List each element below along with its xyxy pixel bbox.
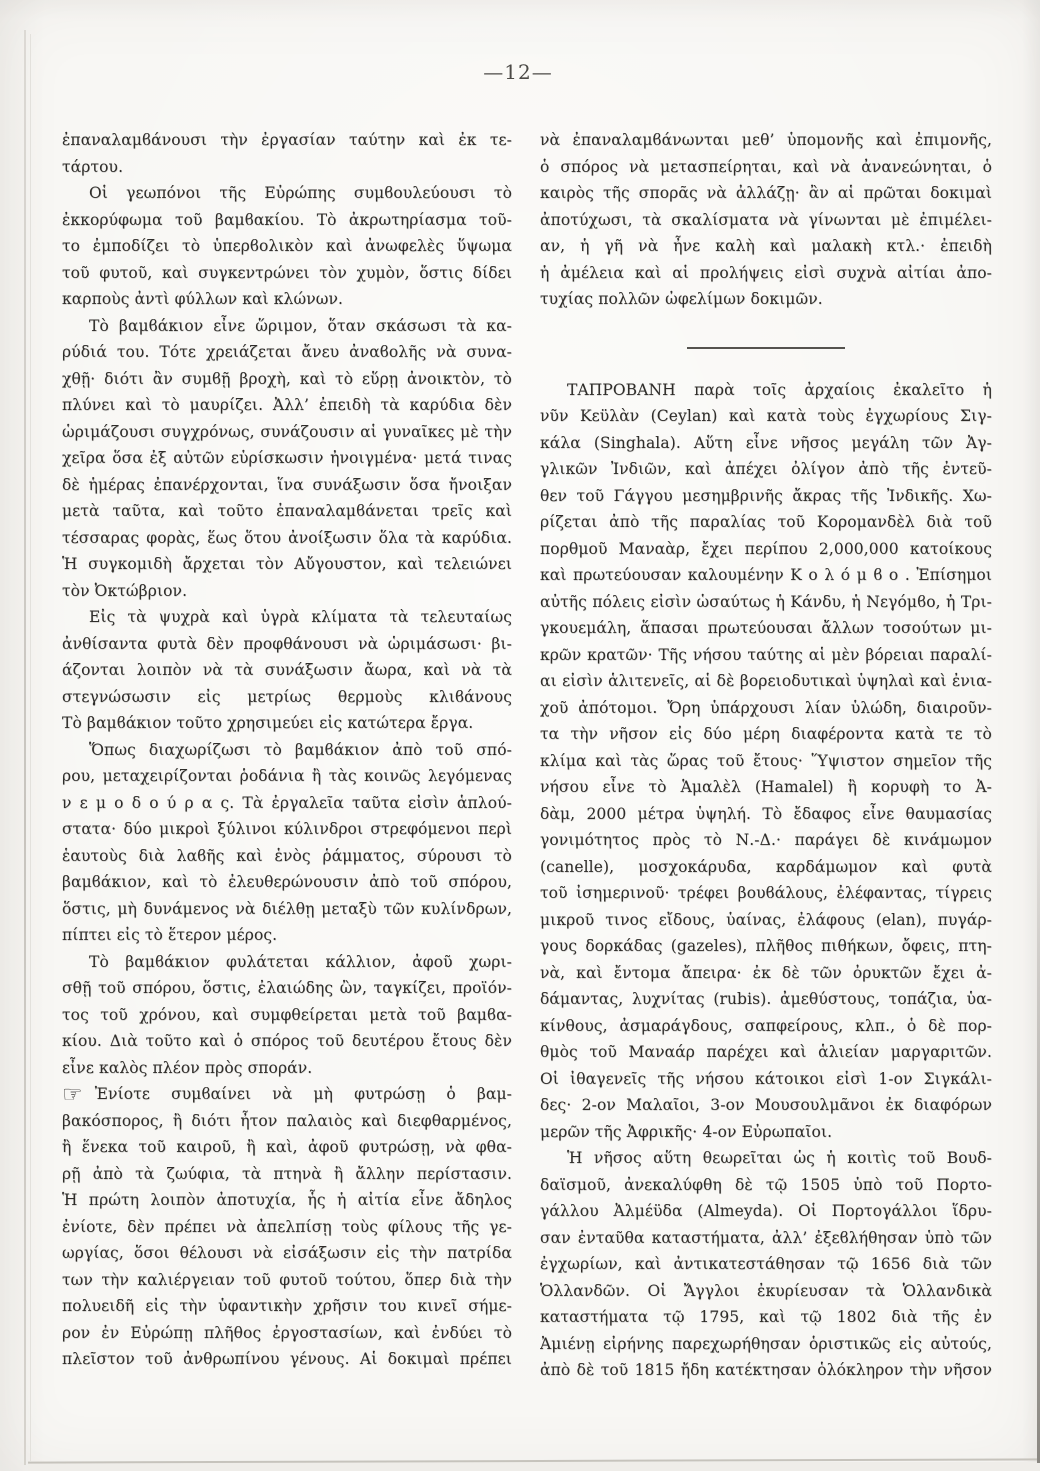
text-line: κίου. Διὰ τοῦτο καὶ ὁ σπόρος τοῦ δευτέρο… xyxy=(62,1028,512,1055)
text-line: ρῇ ἀπὸ τὰ ζωύφια, τὰ πτηνὰ ἢ ἄλλην περίσ… xyxy=(62,1161,512,1188)
text-line: ρου, μεταχειρίζονται ῥοδάνια ἢ τὰς κοινῶ… xyxy=(62,763,512,790)
text-line: δὰμ, 2000 μέτρα ὑψηλή. Τὸ ἔδαφος εἶνε θα… xyxy=(540,801,992,828)
text-line: μετὰ ταῦτα, καὶ τοῦτο ἐπαναλαμϐάνεται τρ… xyxy=(62,498,512,525)
text-line: ἐπαναλαμϐάνουσι τὴν ἐργασίαν ταύτην καὶ … xyxy=(62,127,512,154)
text-line: ☞Ἐνίοτε συμϐαίνει νὰ μὴ φυτρώσῃ ὁ βαμ- xyxy=(62,1081,512,1108)
text-line: Τὸ βαμϐάκιον φυλάτεται κάλλιον, ἀφοῦ χωρ… xyxy=(62,949,512,976)
text-line: (canelle), μοσχοκάρυδα, καρδάμωμον καὶ φ… xyxy=(540,854,992,881)
paragraph: νὰ ἐπαναλαμϐάνωνται μεθ’ ὑπομονῆς καὶ ἐπ… xyxy=(540,127,992,313)
text-line: Ὁλλανδῶν. Οἱ Ἄγγλοι ἐκυρίευσαν τὰ Ὁλλανδ… xyxy=(540,1278,992,1305)
text-line: νήσου εἶνε τὸ Ἁμαλὲλ (Hamalel) ἢ κορυφὴ … xyxy=(540,774,992,801)
text-line: Τὸ βαμϐάκιον τοῦτο χρησιμεύει εἰς κατώτε… xyxy=(62,710,512,737)
text-line: άζονται λοιπὸν νὰ τὰ συνάξωσιν ἄωρα, καὶ… xyxy=(62,657,512,684)
paragraph: Οἱ γεωπόνοι τῆς Εὐρώπης συμϐουλεύουσι τὸ… xyxy=(62,180,512,313)
text-line: μικροῦ τινος εἴδους, ὑαίνας, ἐλάφους (el… xyxy=(540,907,992,934)
text-line: αι εἰσὶν ἁλιτενεῖς, αἱ δὲ βορειοδυτικαὶ … xyxy=(540,668,992,695)
text-line: κάλα (Singhala). Αὕτη εἶνε νῆσος μεγάλη … xyxy=(540,430,992,457)
paragraph: Εἰς τὰ ψυχρὰ καὶ ὑγρὰ κλίματα τὰ τελευτα… xyxy=(62,604,512,737)
text-line: βαμϐάκιον, καὶ τὸ ἐλευθερώνουσιν ἀπὸ τοῦ… xyxy=(62,869,512,896)
text-line: νὰ ἐπαναλαμϐάνωνται μεθ’ ὑπομονῆς καὶ ἐπ… xyxy=(540,127,992,154)
text-line: Οἱ γεωπόνοι τῆς Εὐρώπης συμϐουλεύουσι τὸ xyxy=(62,180,512,207)
paragraph: Τὸ βαμϐάκιον εἶνε ὥριμον, ὅταν σκάσωσι τ… xyxy=(62,313,512,605)
text-line: δαϊσμοῦ, ἀνεκαλύφθη δὲ τῷ 1505 ὑπὸ τοῦ Π… xyxy=(540,1172,992,1199)
page-left-edge xyxy=(24,30,26,1465)
text-line: Ὅπως διαχωρίζωσι τὸ βαμϐάκιον ἀπὸ τοῦ σπ… xyxy=(62,737,512,764)
text-line: νὰ, καὶ ἔντομα ἄπειρα· ἐκ δὲ τῶν ὀρυκτῶν… xyxy=(540,960,992,987)
text-line: δες· 2-ον Μαλαῖοι, 3-ον Μουσουλμᾶνοι ἐκ … xyxy=(540,1092,992,1119)
text-line: καὶ πρωτεύουσαν καλουμένην Κ ο λ ό μ ϐ ο… xyxy=(540,562,992,589)
book-page: —12— ἐπαναλαμϐάνουσι τὴν ἐργασίαν ταύτην… xyxy=(0,0,1040,1471)
text-line: ἢ ἕνεκα τοῦ καιροῦ, ἢ καὶ, ἀφοῦ φυτρώσῃ,… xyxy=(62,1134,512,1161)
text-line: βακόσπορος, ἢ διότι ἦτον παλαιὸς καὶ διε… xyxy=(62,1108,512,1135)
text-line: γους δορκάδας (gazeles), πλῆθος πιθήκων,… xyxy=(540,933,992,960)
text-line: χεῖρα ὅσα ἐξ αὐτῶν εὑρίσκωσιν ἠνοιγμένα·… xyxy=(62,445,512,472)
text-line: ρίζεται ἀπὸ τῆς παραλίας τοῦ Κορομανδὲλ … xyxy=(540,509,992,536)
text-line: αν, ἡ γῆ νὰ ἦνε καλὴ καὶ μαλακὴ κτλ.· ἐπ… xyxy=(540,233,992,260)
text-line: τος τοῦ χρόνου, καὶ συμφθείρεται μετὰ το… xyxy=(62,1002,512,1029)
text-line: στατα· δύο μικροὶ ξύλινοι κύλινδροι στρε… xyxy=(62,816,512,843)
divider-line xyxy=(687,347,845,349)
text-line: τὸν Ὀκτώβριον. xyxy=(62,578,512,605)
text-line: ὁ σπόρος νὰ μετασπείρηται, καὶ νὰ ἀνανεώ… xyxy=(540,154,992,181)
text-line: πλύνει καὶ τὸ μαυρίζει. Ἀλλ’ ἐπειδὴ τὰ κ… xyxy=(62,392,512,419)
page-number: —12— xyxy=(0,60,1036,84)
text-line: ἀνθίσαντα φυτὰ δὲν προφθάνουσι νὰ ὡριμάσ… xyxy=(62,631,512,658)
paragraph: ΤΑΠΡΟΒΑΝΗ παρὰ τοῖς ἀρχαίοις ἐκαλεῖτο ἡν… xyxy=(540,377,992,1146)
text-line: ν ε μ ο δ ο ύ ρ α ς. Τὰ ἐργαλεῖα ταῦτα ε… xyxy=(62,790,512,817)
text-line: θεν τοῦ Γάγγου μεσημβρινῆς ἄκρας τῆς Ἰνδ… xyxy=(540,483,992,510)
text-line: ἐνίοτε, δὲν πρέπει νὰ ἀπελπίσῃ τοὺς φίλο… xyxy=(62,1214,512,1241)
text-line: χοῦ ἀπότομοι. Ὄρη ὑπάρχουσι λίαν ὑλώδη, … xyxy=(540,695,992,722)
text-line: ὅστις, μὴ δυνάμενος νὰ διέλθῃ μεταξὺ τῶν… xyxy=(62,896,512,923)
text-line: ἐκκορύφωμα τοῦ βαμϐακίου. Τὸ ἀκρωτηρίασμ… xyxy=(62,207,512,234)
text-line: θμὸς τοῦ Μαναάρ παρέχει καὶ ἁλιείαν μαργ… xyxy=(540,1039,992,1066)
text-line: ωργίας, ὅσοι θέλουσι νὰ εἰσάξωσιν εἰς τὴ… xyxy=(62,1240,512,1267)
text-line: δὲ ἡμέρας ἐπανέρχονται, ἵνα συνάξωσιν ὅσ… xyxy=(62,472,512,499)
text-line: πολυειδῆ εἰς τὴν ὑφαντικὴν χρῆσιν του κι… xyxy=(62,1293,512,1320)
text-line: τα τὴν νῆσον εἰς δύο μέρη διαφέροντα κατ… xyxy=(540,721,992,748)
text-line: των τὴν καλιέργειαν τοῦ φυτοῦ τούτου, ὅπ… xyxy=(62,1267,512,1294)
text-line: ἡ ἀμέλεια καὶ αἱ προλήψεις εἰσὶ συχνὰ αἰ… xyxy=(540,260,992,287)
text-run: Ἐνίοτε συμϐαίνει νὰ μὴ φυτρώσῃ ὁ βαμ- xyxy=(95,1085,512,1103)
text-line: ὡριμάζουσι συγχρόνως, συνάζουσιν αἱ γυνα… xyxy=(62,419,512,446)
text-line: ἀποτύχωσι, τὰ σκαλίσματα νὰ γίνωνται μὲ … xyxy=(540,207,992,234)
text-line: γάλλου Ἀλμέϋδα (Almeyda). Οἱ Πορτογάλλοι… xyxy=(540,1198,992,1225)
text-line: μερῶν τῆς Ἀφρικῆς· 4-ον Εὐρωπαῖοι. xyxy=(540,1119,992,1146)
text-line: το ἐμποδίζει τὸ ὑπερϐολικὸν καὶ ἀνωφελὲς… xyxy=(62,233,512,260)
text-line: κλίμα καὶ τὰς ὥρας τοῦ ἔτους· Ὕψιστον ση… xyxy=(540,748,992,775)
text-line: Ἡ συγκομιδὴ ἄρχεται τὸν Αὔγουστον, καὶ τ… xyxy=(62,551,512,578)
text-line: πλεῖστον τοῦ ἀνθρωπίνου γένους. Αἱ δοκιμ… xyxy=(62,1346,512,1373)
text-line: τοῦ ἰσημερινοῦ· τρέφει βουϐάλους, ἐλέφαν… xyxy=(540,880,992,907)
text-line: σθῇ τοῦ σπόρου, ὅστις, ἐλαιώδης ὢν, ταγκ… xyxy=(62,975,512,1002)
text-column-left: ἐπαναλαμϐάνουσι τὴν ἐργασίαν ταύτην καὶ … xyxy=(62,127,512,1373)
text-line: κίνθους, ἀσμαράγδους, σαπφείρους, κλπ., … xyxy=(540,1013,992,1040)
text-line: αὐτῆς πόλεις εἰσὶν ὡσαύτως ἡ Κάνδυ, ἡ Νε… xyxy=(540,589,992,616)
text-line: ρον ἐν Εὐρώπῃ πλῆθος ἐργοστασίων, καὶ ἐν… xyxy=(62,1320,512,1347)
paragraph: ἐπαναλαμϐάνουσι τὴν ἐργασίαν ταύτην καὶ … xyxy=(62,127,512,180)
text-line: Οἱ ἰθαγενεῖς τῆς νήσου κάτοικοι εἰσὶ 1-ο… xyxy=(540,1066,992,1093)
text-line: γονιμότητος πρὸς τὸ Ν.-Δ.· παράγει δὲ κι… xyxy=(540,827,992,854)
text-line: Εἰς τὰ ψυχρὰ καὶ ὑγρὰ κλίματα τὰ τελευτα… xyxy=(62,604,512,631)
text-line: πορθμοῦ Μαναὰρ, ἔχει περίπου 2,000,000 κ… xyxy=(540,536,992,563)
section-divider xyxy=(540,313,992,377)
paragraph: Ὅπως διαχωρίζωσι τὸ βαμϐάκιον ἀπὸ τοῦ σπ… xyxy=(62,737,512,949)
text-line: πίπτει εἰς τὸ ἕτερον μέρος. xyxy=(62,922,512,949)
text-line: Ἡ νῆσος αὕτη θεωρεῖται ὡς ἡ κοιτὶς τοῦ Β… xyxy=(540,1145,992,1172)
paragraph: Τὸ βαμϐάκιον φυλάτεται κάλλιον, ἀφοῦ χωρ… xyxy=(62,949,512,1082)
text-line: καιρὸς τῆς σπορᾶς νὰ ἀλλάζῃ· ἂν αἱ πρῶτα… xyxy=(540,180,992,207)
text-line: τέσσαρας φορὰς, ἕως ὅτου ἀνοίξωσιν ὅλα τ… xyxy=(62,525,512,552)
text-line: ρύδιά του. Τότε χρειάζεται ἄνευ ἀναϐολῆς… xyxy=(62,339,512,366)
text-line: ἀπὸ δὲ τοῦ 1815 ἤδη κατέκτησαν ὁλόκληρον… xyxy=(540,1357,992,1384)
text-line: στεγνώσωσιν εἰς μετρίως θερμοὺς κλιϐάνου… xyxy=(62,684,512,711)
page-left-edge-inner xyxy=(30,34,31,1461)
text-column-right: νὰ ἐπαναλαμϐάνωνται μεθ’ ὑπομονῆς καὶ ἐπ… xyxy=(540,127,992,1384)
text-line: Ἡ πρώτη λοιπὸν ἀποτυχία, ἧς ἡ αἰτία εἶνε… xyxy=(62,1187,512,1214)
text-line: τυχίας πολλῶν ὠφελίμων δοκιμῶν. xyxy=(540,286,992,313)
text-line: γκουεμάλη, ἅπασαι πρωτεύουσαι ἄλλων τοσο… xyxy=(540,615,992,642)
text-line: τοῦ φυτοῦ, καὶ συγκεντρώνει τὸν χυμὸν, ὅ… xyxy=(62,260,512,287)
text-line: κρῶν κρατῶν· Τῆς νήσου ταύτης αἱ μὲν βόρ… xyxy=(540,642,992,669)
text-line: τάρτου. xyxy=(62,154,512,181)
paragraph: ☞Ἐνίοτε συμϐαίνει νὰ μὴ φυτρώσῃ ὁ βαμ-βα… xyxy=(62,1081,512,1373)
text-line: χθῇ· διότι ἂν συμϐῇ βροχὴ, καὶ τὸ εὕρῃ ἀ… xyxy=(62,366,512,393)
text-line: ἑαυτοὺς διὰ λαϐῆς καὶ ἑνὸς ῥάμματος, σύρ… xyxy=(62,843,512,870)
text-line: καρποὺς ἀντὶ φύλλων καὶ κλώνων. xyxy=(62,286,512,313)
text-line: καταστήματα τῷ 1795, καὶ τῷ 1802 διὰ τῆς… xyxy=(540,1304,992,1331)
text-line: εἶνε καλὸς πλέον πρὸς σποράν. xyxy=(62,1055,512,1082)
text-line: σαν ἐνταῦθα καταστήματα, ἀλλ’ ἐξεϐλήθησα… xyxy=(540,1225,992,1252)
text-line: ἐγχωρίων, καὶ ἀντικατεστάθησαν τῷ 1656 δ… xyxy=(540,1251,992,1278)
right-pointing-index-icon: ☞ xyxy=(62,1082,83,1108)
text-line: Τὸ βαμϐάκιον εἶνε ὥριμον, ὅταν σκάσωσι τ… xyxy=(62,313,512,340)
paragraph: Ἡ νῆσος αὕτη θεωρεῖται ὡς ἡ κοιτὶς τοῦ Β… xyxy=(540,1145,992,1384)
text-line: ΤΑΠΡΟΒΑΝΗ παρὰ τοῖς ἀρχαίοις ἐκαλεῖτο ἡ xyxy=(540,377,992,404)
text-line: νῦν Κεϋλὰν (Ceylan) καὶ κατὰ τοὺς ἐγχωρί… xyxy=(540,403,992,430)
page-bottom-shade xyxy=(28,1462,1040,1471)
text-line: δάμαντας, λυχνίτας (rubis). ἀμεθύστους, … xyxy=(540,986,992,1013)
text-line: Ἀμιένῃ εἰρήνης παρεχωρήθησαν ὁριστικῶς ε… xyxy=(540,1331,992,1358)
text-line: γλικῶν Ἰνδιῶν, καὶ ἀπέχει ὀλίγον ἀπὸ τῆς… xyxy=(540,456,992,483)
